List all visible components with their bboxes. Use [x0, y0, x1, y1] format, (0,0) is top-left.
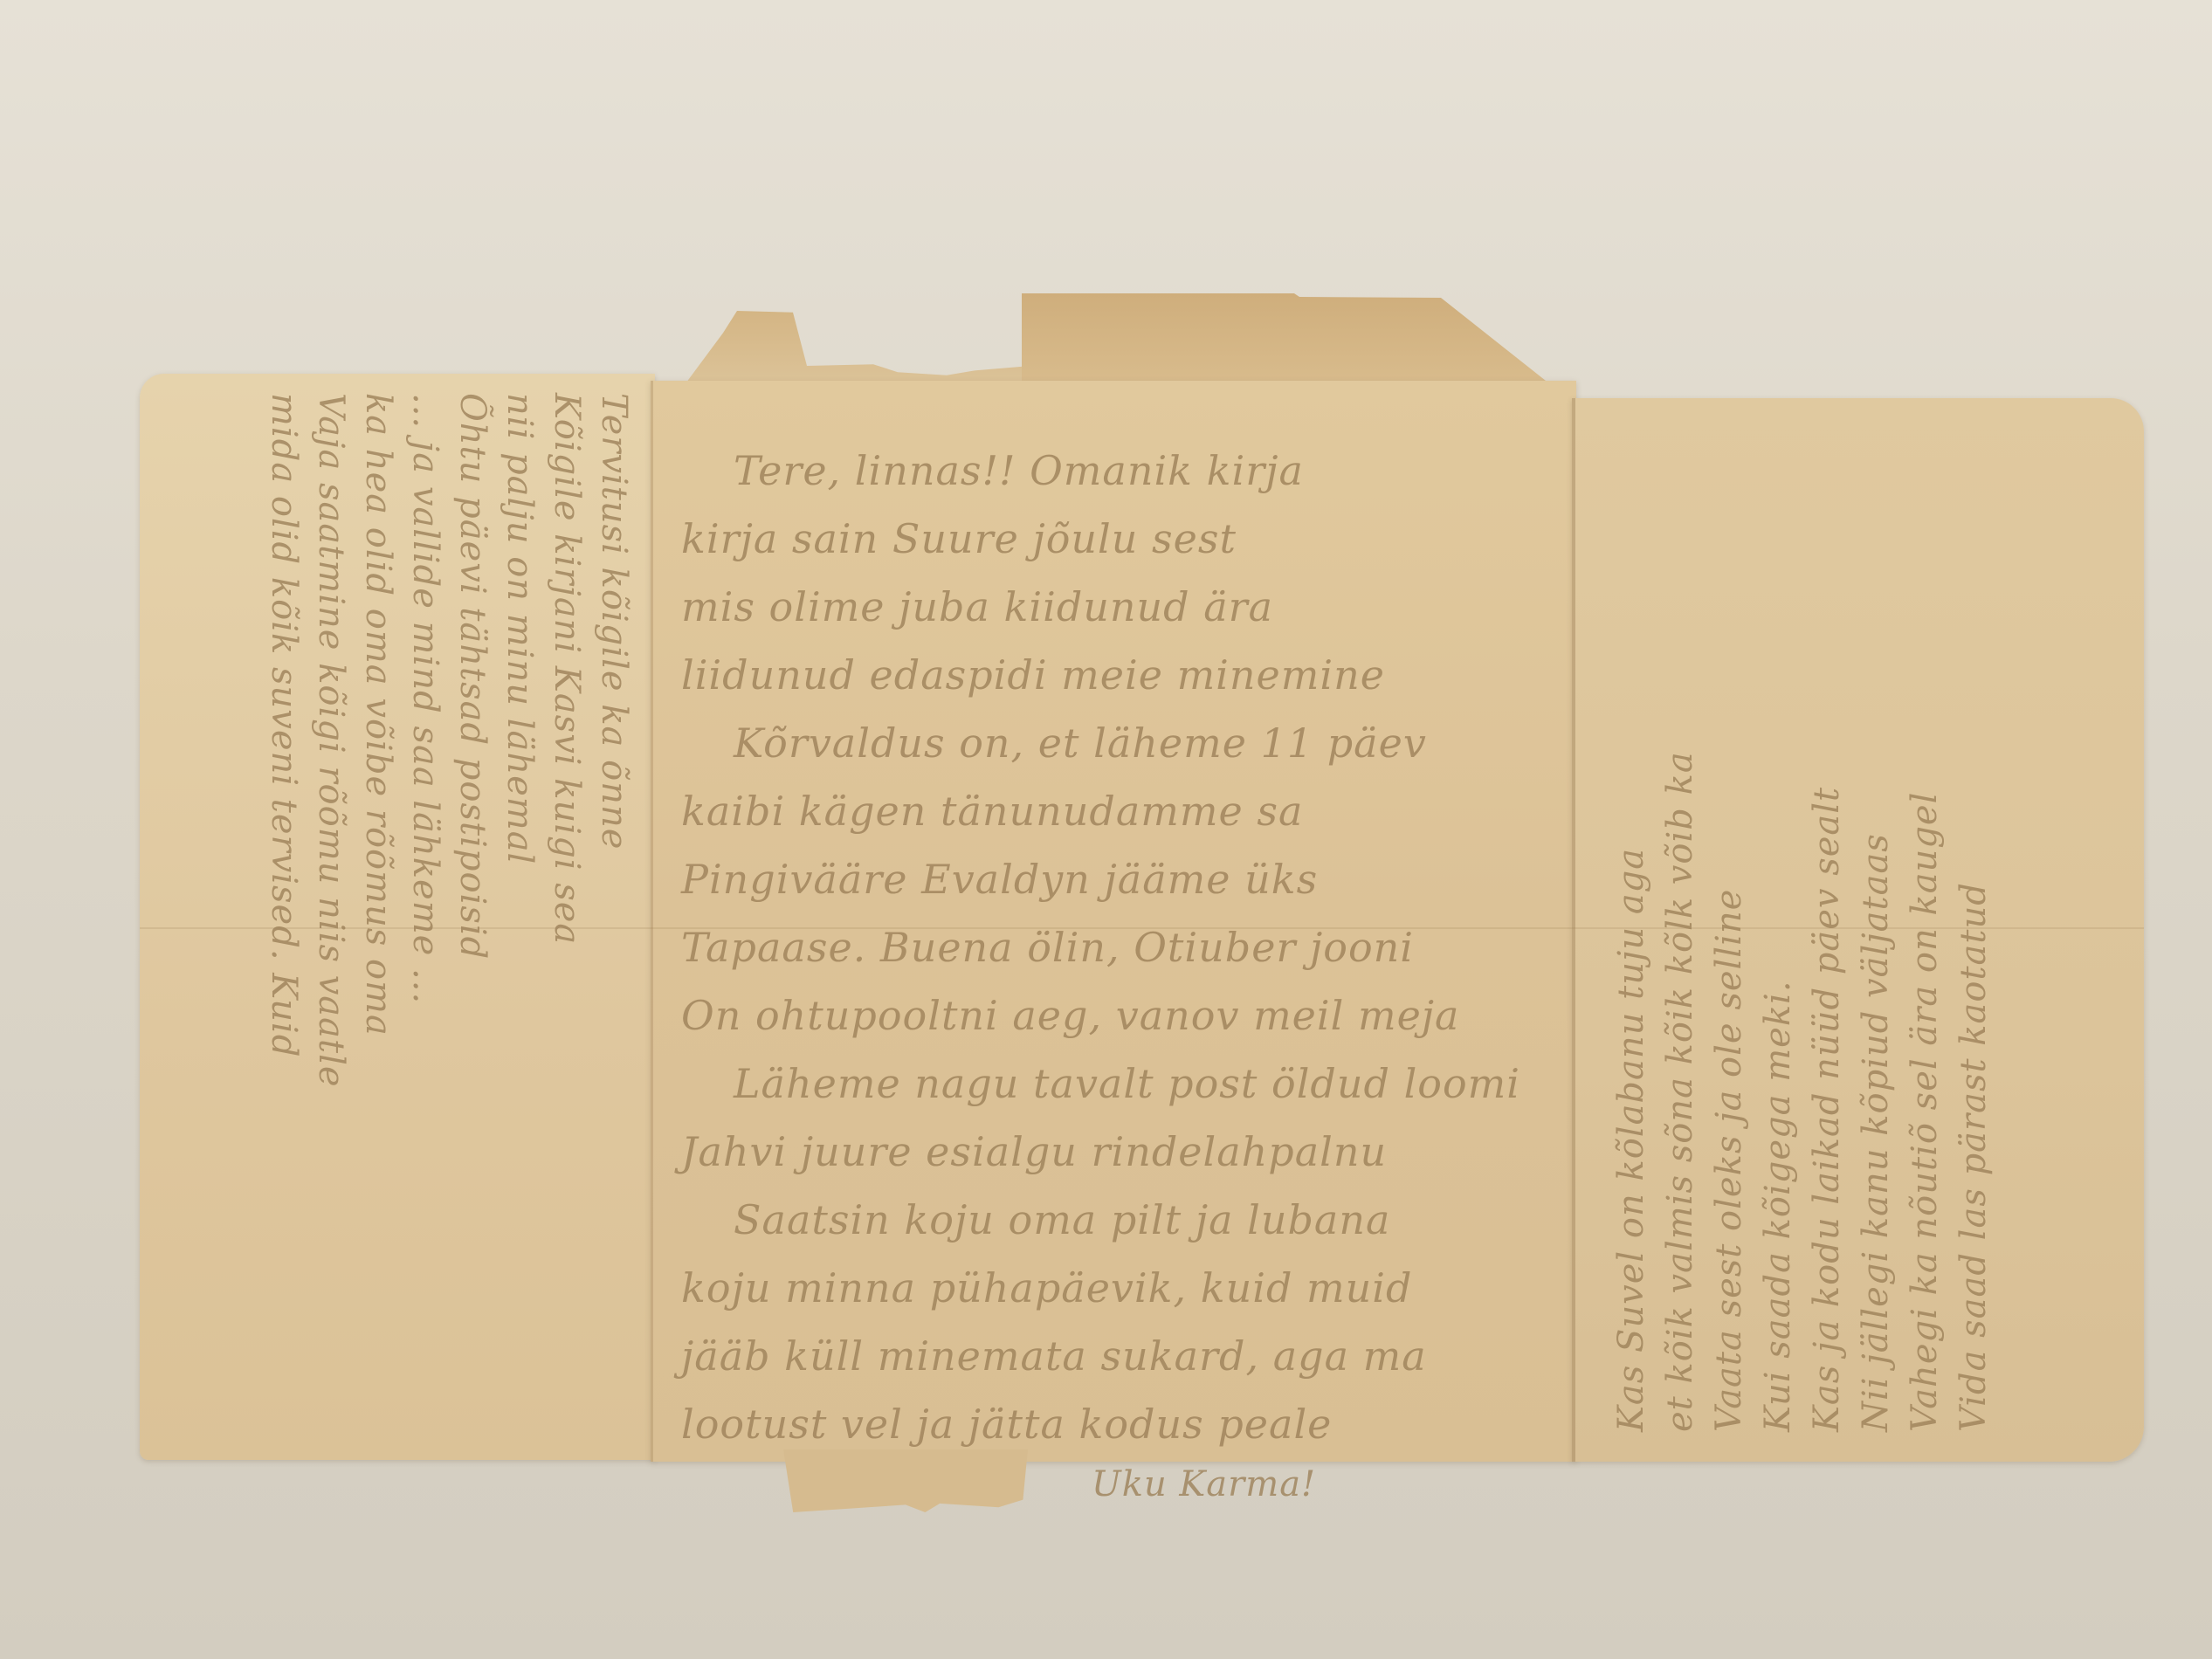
handwriting-line: Saatsin koju oma pilt ja lubana	[681, 1186, 1554, 1254]
handwriting-line: Tere, linnas!! Omanik kirja	[681, 437, 1554, 505]
handwriting-line: kirja sain Suure jõulu sest	[681, 505, 1554, 573]
handwriting-line: Vida saad las pärast kaotatud	[1949, 454, 1998, 1432]
handwriting-line: lootust vel ja jätta kodus peale	[681, 1390, 1554, 1458]
handwriting-line: Kas Suvel on kõlabanu tuju aga	[1607, 454, 1656, 1432]
handwriting-line: mis olime juba kiidunud ära	[681, 573, 1554, 641]
handwriting-line: Õhtu päevi tähtsad postipoisid	[449, 393, 496, 1423]
handwriting-line: Vaja saatmine kõigi rõõmu niis vaatle	[307, 393, 355, 1423]
center-handwriting: Tere, linnas!! Omanik kirja kirja sain S…	[681, 437, 1554, 1511]
handwriting-line: mida olid kõik suveni tervised. Kuid	[260, 393, 307, 1423]
handwriting-line: Tapaase. Buena ölin, Otiuber jooni	[681, 913, 1554, 981]
handwriting-line: koju minna pühapäevik, kuid muid	[681, 1254, 1554, 1322]
signature: Uku Karma!	[681, 1458, 1554, 1511]
handwriting-line: Kui saada kõigega meki.	[1754, 454, 1802, 1432]
right-handwriting: Kas Suvel on kõlabanu tuju aga et kõik v…	[1607, 454, 2113, 1432]
handwriting-line: nii palju on minu lähemal	[496, 393, 543, 1423]
handwriting-line: Vaata sest oleks ja ole selline	[1705, 454, 1754, 1432]
handwriting-line: Tervitusi kõigile ka õnne	[590, 393, 637, 1423]
photo-stage: Tere, linnas!! Omanik kirja kirja sain S…	[0, 0, 2212, 1659]
handwriting-line: Nii jällegi kanu kõpiud väljataas	[1851, 454, 1900, 1432]
handwriting-line: Läheme nagu tavalt post öldud loomi	[681, 1050, 1554, 1118]
handwriting-line: Kas ja kodu laikad nüüd päev sealt	[1802, 454, 1851, 1432]
handwriting-line: Kõigile kirjani Kasvi kuigi sea	[543, 393, 590, 1423]
handwriting-line: Jahvi juure esialgu rindelahpalnu	[681, 1118, 1554, 1186]
handwriting-line: Pingivääre Evaldyn jääme üks	[681, 845, 1554, 913]
handwriting-line: jääb küll minemata sukard, aga ma	[681, 1322, 1554, 1390]
torn-top-flap-left	[681, 311, 1030, 389]
top-flap	[1022, 293, 1546, 381]
handwriting-line: kaibi kägen tänunudamme sa	[681, 777, 1554, 845]
fold-line-right	[1572, 398, 1575, 1462]
handwriting-line: Kõrvaldus on, et läheme 11 päev	[681, 709, 1554, 777]
handwriting-line: ka hea olid oma võibe rõõmus oma	[355, 393, 402, 1423]
handwriting-line: et kõik valmis sõna kõik kõlk võib ka	[1656, 454, 1705, 1432]
handwriting-line: ... ja vallide mind saa lähkeme ...	[402, 393, 449, 1423]
left-handwriting: Tervitusi kõigile ka õnne Kõigile kirjan…	[148, 393, 637, 1423]
fold-line-left	[651, 381, 653, 1462]
handwriting-line: liidunud edaspidi meie minemine	[681, 641, 1554, 709]
handwriting-line: Vahegi ka nõutiõ sel ära on kaugel	[1900, 454, 1949, 1432]
handwriting-line: On ohtupooltni aeg, vanov meil meja	[681, 981, 1554, 1050]
